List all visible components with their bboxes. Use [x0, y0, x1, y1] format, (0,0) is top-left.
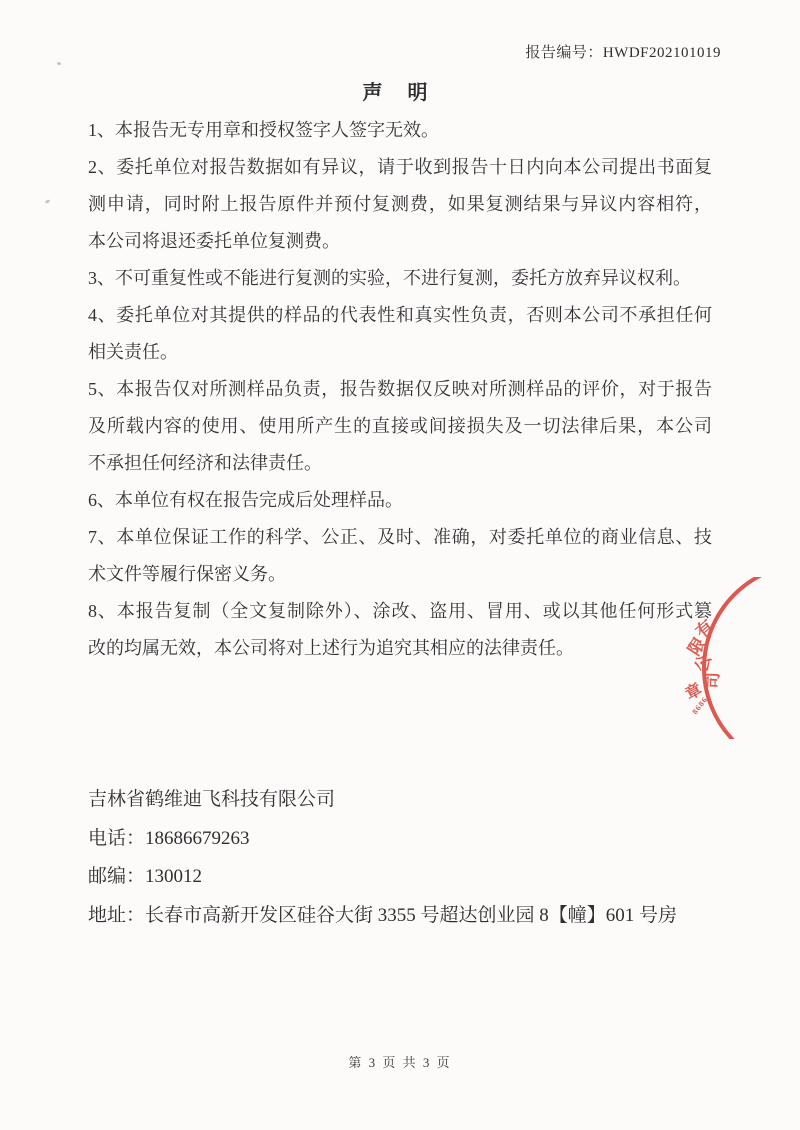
statement-line: 3、不可重复性或不能进行复测的实验，不进行复测，委托方放弃异议权利。: [88, 260, 712, 297]
statement-line: 5、本报告仅对所测样品负责，报告数据仅反映对所测样品的评价，对于报告: [88, 371, 712, 408]
seal-serial-digits: 8686: [690, 695, 709, 716]
scan-artifact: [57, 61, 62, 65]
statement-line: 7、本单位保证工作的科学、公正、及时、准确，对委托单位的商业信息、技: [88, 519, 712, 556]
document-page: 报告编号：HWDF202101019 声 明 1、本报告无专用章和授权签字人签字…: [0, 0, 800, 1130]
report-number-value: HWDF202101019: [603, 45, 721, 61]
statement-line: 相关责任。: [88, 334, 712, 371]
seal-center-char: 章: [681, 677, 706, 705]
statement-line: 2、委托单位对报告数据如有异议，请于收到报告十日内向本公司提出书面复: [88, 149, 712, 186]
seal-ring: [702, 577, 800, 739]
company-phone: 电话：18686679263: [88, 820, 748, 859]
company-name: 吉林省鹤维迪飞科技有限公司: [88, 781, 748, 820]
page-title: 声 明: [0, 76, 800, 105]
company-address: 地址：长春市高新开发区硅谷大街 3355 号超达创业园 8【幢】601 号房: [88, 897, 748, 936]
company-zip: 邮编：130012: [88, 858, 748, 897]
company-info: 吉林省鹤维迪飞科技有限公司 电话：18686679263 邮编：130012 地…: [88, 781, 748, 935]
statement-line: 1、本报告无专用章和授权签字人签字无效。: [88, 112, 712, 149]
report-number-label: 报告编号：: [525, 45, 603, 61]
statement-line: 本公司将退还委托单位复测费。: [88, 223, 712, 260]
statement-line: 6、本单位有权在报告完成后处理样品。: [88, 482, 712, 519]
statement-line: 8、本报告复制（全文复制除外）、涂改、盗用、冒用、或以其他任何形式篡: [88, 593, 712, 630]
statement-line: 测申请，同时附上报告原件并预付复测费，如果复测结果与异议内容相符，: [88, 186, 712, 223]
statement-line: 不承担任何经济和法律责任。: [88, 445, 712, 482]
statement-line: 4、委托单位对其提供的样品的代表性和真实性负责，否则本公司不承担任何: [88, 297, 712, 334]
report-number: 报告编号：HWDF202101019: [525, 41, 721, 62]
statement-line: 及所载内容的使用、使用所产生的直接或间接损失及一切法律后果，本公司: [88, 408, 712, 445]
seal-ring-char: 司: [698, 672, 724, 690]
statement-line: 术文件等履行保密义务。: [88, 556, 712, 593]
statement-line: 改的均属无效，本公司将对上述行为追究其相应的法律责任。: [88, 630, 712, 667]
page-footer: 第 3 页 共 3 页: [0, 1052, 800, 1071]
statement-body: 1、本报告无专用章和授权签字人签字无效。 2、委托单位对报告数据如有异议，请于收…: [88, 112, 712, 667]
scan-artifact: [45, 199, 51, 204]
